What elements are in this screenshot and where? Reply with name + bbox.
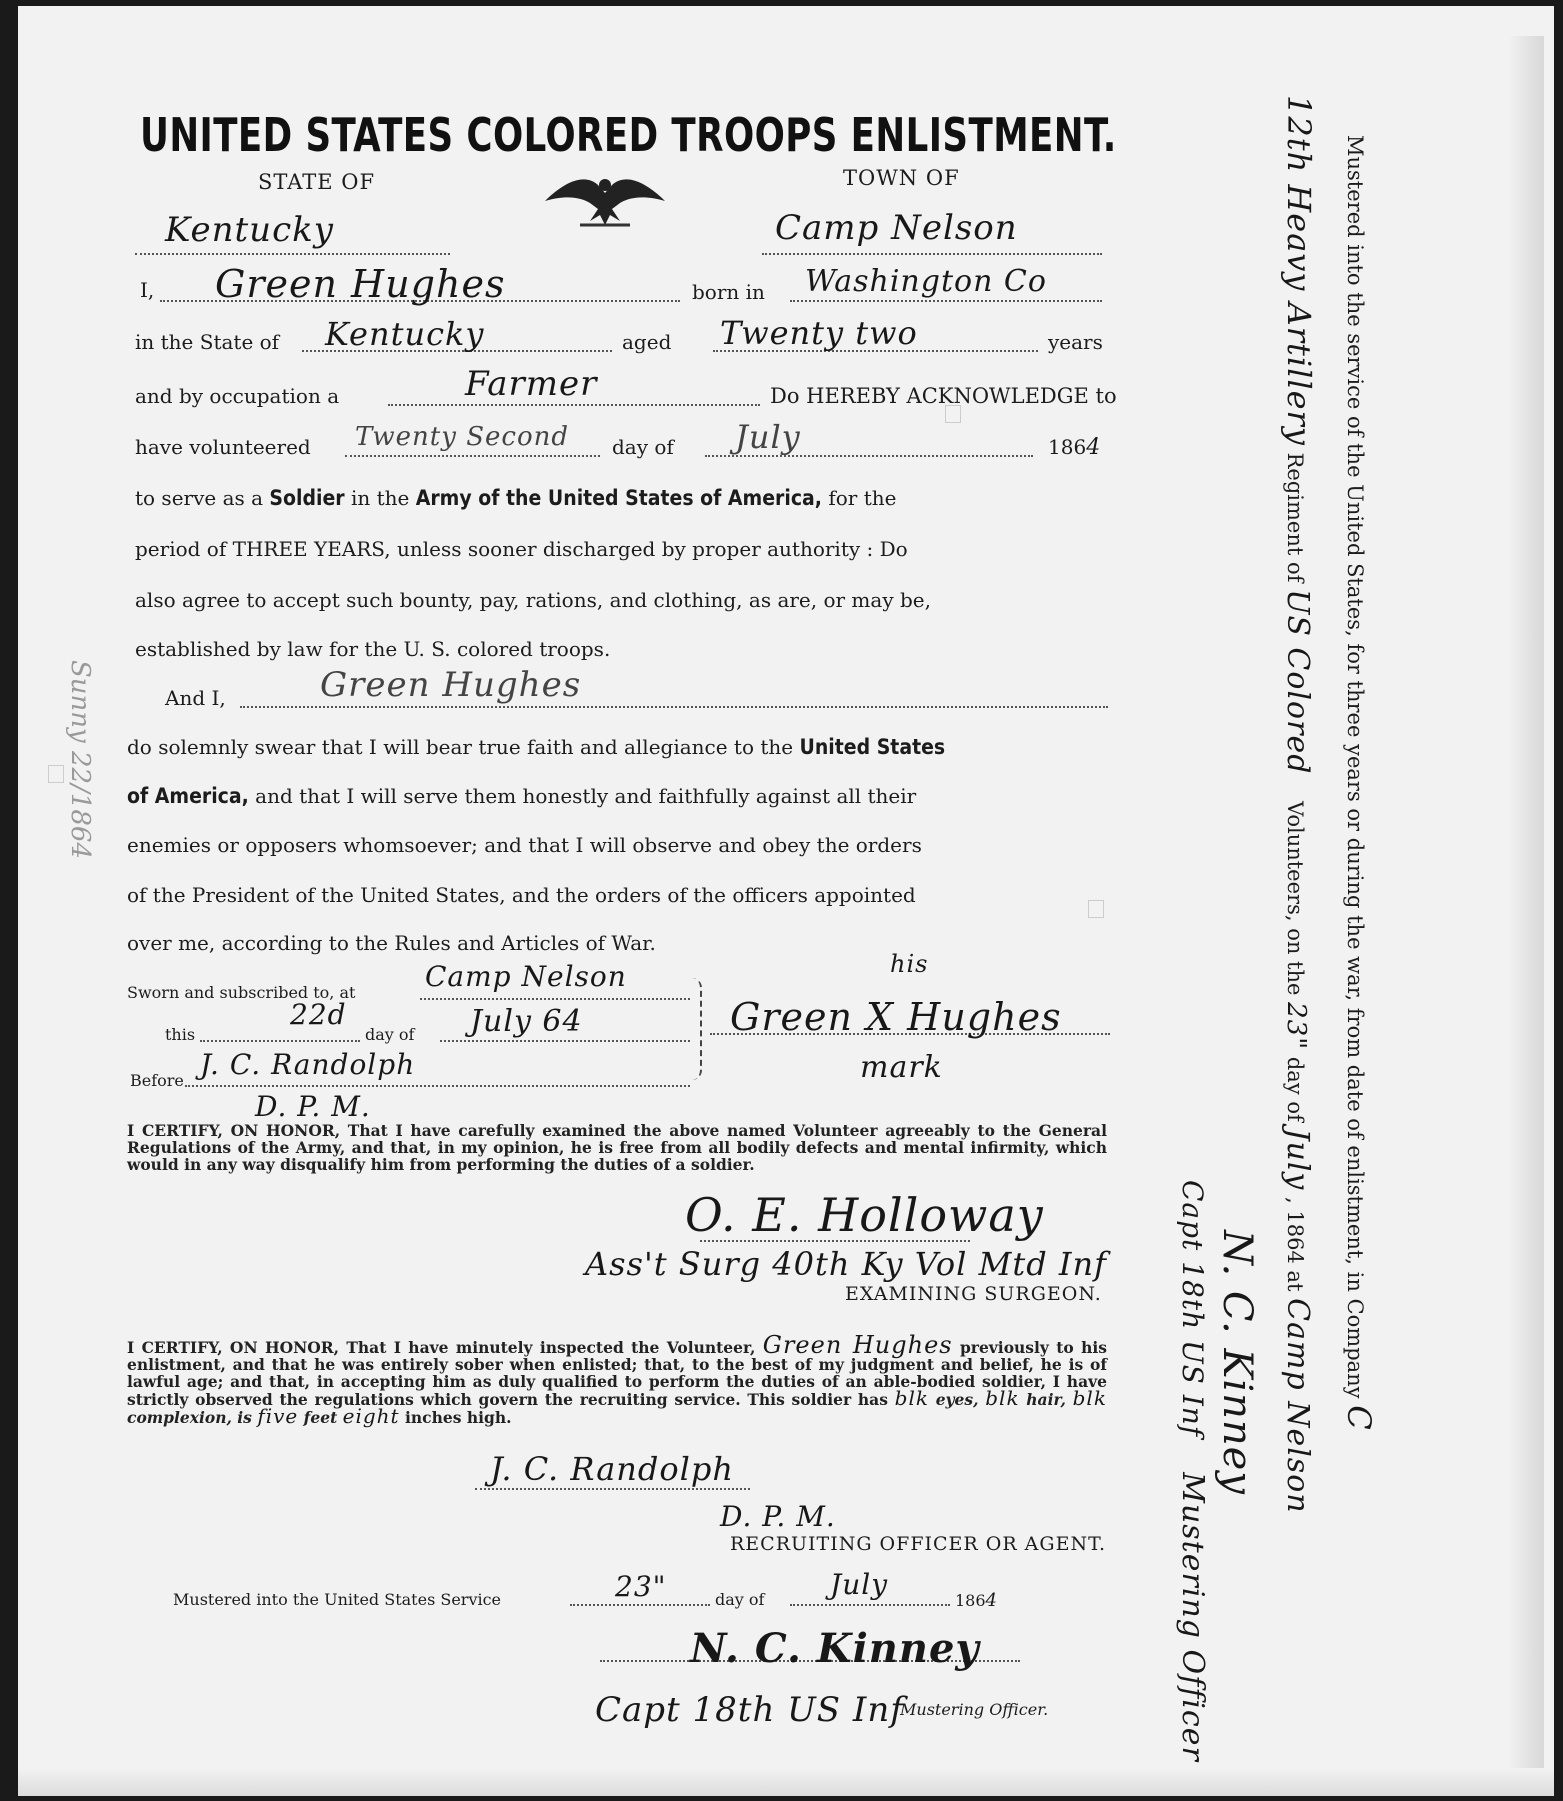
- acknowledge-text: Do HEREBY ACKNOWLEDGE to: [770, 384, 1117, 408]
- his-label: his: [890, 950, 928, 978]
- town-field-line: [762, 253, 1102, 255]
- occupation-label: and by occupation a: [135, 386, 339, 406]
- state-of-label: STATE OF: [258, 170, 375, 194]
- inches-label: inches high.: [405, 1408, 512, 1427]
- oath-line-3: enemies or opposers whomsoever; and that…: [127, 835, 922, 855]
- contract-text: in the: [351, 486, 409, 510]
- volunteered-day-field-line: [345, 455, 600, 457]
- oath-line-4: of the President of the United States, a…: [127, 885, 916, 905]
- muster-day-of-label: day of: [715, 1590, 764, 1609]
- regiment-type-value: US Colored: [1280, 589, 1315, 774]
- surgeon-signature-value: O. E. Holloway: [685, 1188, 1044, 1242]
- state-field-line: [135, 253, 450, 255]
- side-month-value: July: [1280, 1128, 1315, 1190]
- sworn-day-field-line: [200, 1040, 360, 1042]
- oath-name-value: Green Hughes: [320, 665, 581, 705]
- year-label: 1864: [1048, 437, 1101, 459]
- army-bold-text: Army of the United States of America,: [416, 486, 822, 510]
- examining-surgeon-label: EXAMINING SURGEON.: [845, 1283, 1102, 1305]
- mustering-officer-label: Mustering Officer.: [900, 1700, 1048, 1719]
- occupation-value: Farmer: [465, 364, 597, 404]
- eyes-value: blk: [895, 1386, 929, 1410]
- before-field-line: [185, 1085, 690, 1087]
- mark-label: mark: [860, 1050, 943, 1085]
- year-suffix-value: 4: [1086, 435, 1101, 460]
- sworn-day-value: 22d: [290, 998, 347, 1031]
- muster-month-field-line: [790, 1604, 950, 1606]
- side-panel-signature: N. C. Kinney: [1214, 1230, 1260, 1495]
- page-edge-shadow: [1508, 36, 1544, 1796]
- complexion-label: complexion, is: [127, 1408, 252, 1427]
- year-prefix: 186: [1048, 435, 1086, 459]
- in-state-value: Kentucky: [325, 315, 484, 353]
- eyes-label: eyes,: [936, 1390, 979, 1409]
- day-of-label: day of: [612, 437, 674, 457]
- side-panel-printed-text: Mustered into the service of the United …: [1340, 135, 1378, 1431]
- united-states-bold-text: United States: [799, 735, 945, 759]
- sworn-place-field-line: [420, 998, 690, 1000]
- muster-label: Mustered into the United States Service: [173, 1590, 501, 1609]
- side-year-label: , 1864 at: [1283, 1197, 1307, 1291]
- side-title-value: Capt 18th US Inf: [1176, 1180, 1209, 1437]
- muster-year: 1864: [955, 1590, 998, 1611]
- hair-label: hair,: [1026, 1390, 1066, 1409]
- oath-text: and that I will serve them honestly and …: [255, 784, 916, 808]
- volunteered-month-value: July: [735, 418, 801, 456]
- sworn-month-field-line: [440, 1040, 690, 1042]
- name-value: Green Hughes: [215, 262, 505, 306]
- archive-stamp-icon: [1088, 900, 1104, 918]
- of-america-bold-text: of America,: [127, 784, 249, 808]
- sworn-bracket: [690, 978, 702, 1080]
- mustering-signature-value: N. C. Kinney: [690, 1625, 980, 1672]
- side-signature-value: N. C. Kinney: [1214, 1230, 1260, 1495]
- muster-day-field-line: [570, 1604, 710, 1606]
- page-bottom-shadow: [18, 1768, 1554, 1796]
- contract-text: to serve as a: [135, 486, 263, 510]
- soldier-bold-text: Soldier: [269, 486, 344, 510]
- oath-name-field-line: [240, 706, 1108, 708]
- born-in-value: Washington Co: [805, 264, 1047, 299]
- margin-pencil-note: Sunny 22/1864: [65, 660, 95, 859]
- side-day-value: 23": [1281, 1002, 1311, 1050]
- side-panel-text-1: Mustered into the service of the United …: [1343, 135, 1367, 1399]
- oath-line-2: of America, and that I will serve them h…: [127, 786, 916, 807]
- side-panel-title: Capt 18th US Inf Mustering Officer: [1175, 1180, 1210, 1762]
- side-place-value: Camp Nelson: [1280, 1298, 1315, 1513]
- before-title-value: D. P. M.: [255, 1090, 371, 1123]
- muster-year-suffix-value: 4: [986, 1590, 998, 1611]
- this-label: this: [165, 1025, 195, 1044]
- recruiting-signature-line: [475, 1488, 750, 1490]
- height-inches-value: eight: [343, 1404, 400, 1428]
- contract-line-2: period of THREE YEARS, unless sooner dis…: [135, 539, 908, 559]
- years-label: years: [1048, 332, 1103, 352]
- in-state-label: in the State of: [135, 332, 279, 352]
- regiment-label: Regiment of: [1283, 453, 1307, 583]
- oath-line-5: over me, according to the Rules and Arti…: [127, 933, 656, 953]
- sworn-day-of-label: day of: [365, 1025, 414, 1044]
- surgeon-certification-text: I CERTIFY, ON HONOR, That I have careful…: [127, 1122, 1107, 1173]
- recruiting-officer-label: RECRUITING OFFICER OR AGENT.: [730, 1533, 1106, 1555]
- acknowledge-label: Do HEREBY ACKNOWLEDGE to: [770, 386, 1117, 407]
- side-role-value: Mustering Officer: [1175, 1472, 1210, 1762]
- volunteered-day-value: Twenty Second: [355, 422, 569, 452]
- contract-line-3: also agree to accept such bounty, pay, r…: [135, 590, 931, 610]
- form-title: UNITED STATES COLORED TROOPS ENLISTMENT.: [140, 108, 1117, 162]
- born-in-field-line: [790, 300, 1102, 302]
- before-label: Before: [130, 1071, 184, 1090]
- archive-stamp-icon: [48, 765, 64, 783]
- side-panel-regiment-row: 12th Heavy Artillery Regiment of US Colo…: [1280, 95, 1318, 1514]
- contract-text: for the: [828, 486, 896, 510]
- muster-month-value: July: [830, 1568, 888, 1601]
- recruiting-certification-text: I CERTIFY, ON HONOR, That I have minutel…: [127, 1337, 1107, 1426]
- town-of-label: TOWN OF: [843, 166, 960, 190]
- muster-day-value: 23": [615, 1570, 667, 1603]
- volunteers-on-label: Volunteers, on the: [1283, 801, 1307, 995]
- surgeon-title-value: Ass't Surg 40th Ky Vol Mtd Inf: [585, 1245, 1107, 1283]
- born-in-label: born in: [692, 282, 765, 302]
- occupation-field-line: [388, 404, 760, 406]
- and-i-label: And I,: [165, 688, 226, 708]
- side-day-of-label: day of: [1283, 1057, 1307, 1122]
- sworn-month-value: July 64: [470, 1004, 583, 1039]
- recruiting-title-value: D. P. M.: [720, 1500, 836, 1533]
- muster-year-prefix: 186: [955, 1591, 986, 1610]
- feet-label: feet: [304, 1408, 338, 1427]
- archive-stamp-icon: [945, 405, 961, 423]
- state-value: Kentucky: [165, 210, 334, 250]
- hair-value: blk: [985, 1386, 1019, 1410]
- i-label: I,: [140, 280, 154, 300]
- oath-line-1: do solemnly swear that I will bear true …: [127, 737, 945, 758]
- complexion-value: blk: [1073, 1386, 1107, 1410]
- oath-text: do solemnly swear that I will bear true …: [127, 735, 793, 759]
- town-value: Camp Nelson: [775, 208, 1018, 248]
- before-value: J. C. Randolph: [200, 1048, 415, 1081]
- eagle-emblem-icon: [540, 163, 670, 235]
- height-feet-value: five: [257, 1404, 298, 1428]
- aged-label: aged: [622, 332, 671, 352]
- contract-line-1: to serve as a Soldier in the Army of the…: [135, 488, 896, 509]
- recruit-signature-value: Green X Hughes: [730, 995, 1062, 1039]
- mustering-title-value: Capt 18th US Inf: [595, 1690, 904, 1730]
- aged-value: Twenty two: [720, 314, 918, 352]
- volunteered-label: have volunteered: [135, 437, 311, 457]
- regiment-value: 12th Heavy Artillery: [1280, 95, 1318, 446]
- recruiting-signature-value: J. C. Randolph: [490, 1450, 734, 1488]
- contract-line-4: established by law for the U. S. colored…: [135, 639, 610, 659]
- company-value: C: [1340, 1405, 1378, 1430]
- sworn-place-value: Camp Nelson: [425, 960, 627, 993]
